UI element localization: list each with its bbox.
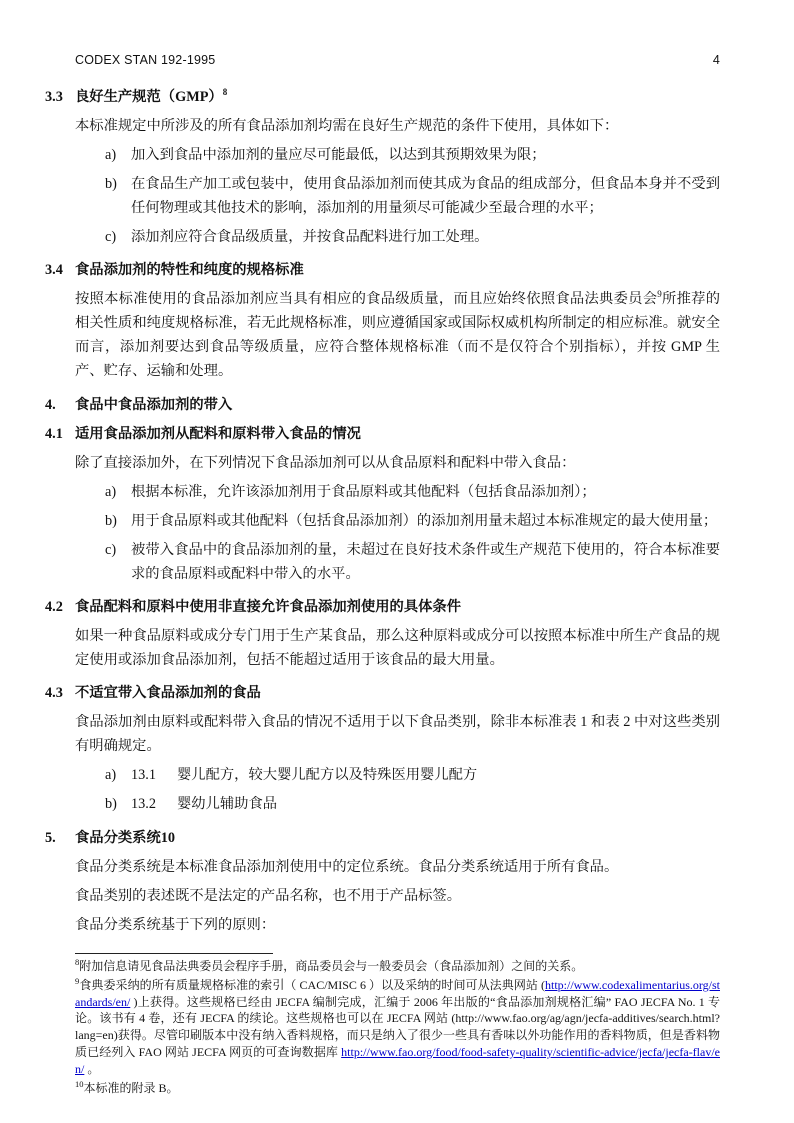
list-marker: b): [105, 172, 131, 220]
footnote-10: 10本标准的附录 B。: [75, 1080, 720, 1097]
section-title: 食品分类系统10: [75, 826, 720, 850]
list-marker: a): [105, 143, 131, 167]
section-4-2-heading: 4.2 食品配料和原料中使用非直接允许食品添加剂使用的具体条件: [45, 595, 720, 619]
list-item: c) 添加剂应符合食品级质量，并按食品配料进行加工处理。: [105, 225, 720, 249]
list-item-text: 用于食品原料或其他配料（包括食品添加剂）的添加剂用量未超过本标准规定的最大使用量…: [131, 509, 720, 533]
section-title: 良好生产规范（GMP）8: [75, 85, 720, 109]
footnote-text: 附加信息请见食品法典委员会程序手册，商品委员会与一般委员会（食品添加剂）之间的关…: [79, 959, 583, 973]
paragraph: 除了直接添加外，在下列情况下食品添加剂可以从食品原料和配料中带入食品：: [75, 451, 720, 475]
list-item: a) 加入到食品中添加剂的量应尽可能最低，以达到其预期效果为限；: [105, 143, 720, 167]
section-title: 不适宜带入食品添加剂的食品: [75, 681, 720, 705]
list-item: a) 13.1 婴儿配方，较大婴儿配方以及特殊医用婴儿配方: [105, 763, 720, 787]
section-number: 4.: [45, 393, 75, 417]
list-item-text: 在食品生产加工或包装中，使用食品添加剂而使其成为食品的组成部分，但食品本身并不受…: [131, 172, 720, 220]
footnote-text: 本标准的附录 B。: [84, 1081, 179, 1095]
paragraph: 本标准规定中所涉及的所有食品添加剂均需在良好生产规范的条件下使用，具体如下：: [75, 114, 720, 138]
footnote-ref-10: 10: [161, 830, 175, 846]
footnote-9: 9食典委采纳的所有质量规格标准的索引（ CAC/MISC 6 ）以及采纳的时间可…: [75, 977, 720, 1078]
list-item-text: 婴幼儿辅助食品: [177, 792, 720, 816]
section-number: 4.3: [45, 681, 75, 705]
section-title: 食品添加剂的特性和纯度的规格标准: [75, 258, 720, 282]
section-3-3-heading: 3.3 良好生产规范（GMP）8: [45, 85, 720, 109]
list-item-text: 根据本标准，允许该添加剂用于食品原料或其他配料（包括食品添加剂）；: [131, 480, 720, 504]
list-item: b) 13.2 婴幼儿辅助食品: [105, 792, 720, 816]
section-5-heading: 5. 食品分类系统10: [45, 826, 720, 850]
section-4-heading: 4. 食品中食品添加剂的带入: [45, 393, 720, 417]
list-marker: c): [105, 225, 131, 249]
document-page: CODEX STAN 192-1995 4 3.3 良好生产规范（GMP）8 本…: [0, 0, 794, 1123]
paragraph: 食品添加剂由原料或配料带入食品的情况不适用于以下食品类别，除非本标准表 1 和表…: [75, 710, 720, 758]
list-marker: a): [105, 763, 131, 787]
section-4-1-heading: 4.1 适用食品添加剂从配料和原料带入食品的情况: [45, 422, 720, 446]
list-item-text: 添加剂应符合食品级质量，并按食品配料进行加工处理。: [131, 225, 720, 249]
page-number: 4: [713, 52, 720, 68]
section-number: 5.: [45, 826, 75, 850]
paragraph: 食品分类系统是本标准食品添加剂使用中的定位系统。食品分类系统适用于所有食品。: [75, 855, 720, 879]
section-title: 食品配料和原料中使用非直接允许食品添加剂使用的具体条件: [75, 595, 720, 619]
footnote-ref-8: 8: [223, 87, 228, 97]
footnote-8: 8附加信息请见食品法典委员会程序手册，商品委员会与一般委员会（食品添加剂）之间的…: [75, 958, 720, 975]
section-4-3-heading: 4.3 不适宜带入食品添加剂的食品: [45, 681, 720, 705]
section-number: 3.3: [45, 85, 75, 109]
footnote-text: 。: [84, 1062, 99, 1076]
section-3-4-heading: 3.4 食品添加剂的特性和纯度的规格标准: [45, 258, 720, 282]
paragraph: 食品分类系统基于下列的原则：: [75, 913, 720, 937]
list-marker: c): [105, 538, 131, 586]
section-number: 4.1: [45, 422, 75, 446]
list-item: b) 在食品生产加工或包装中，使用食品添加剂而使其成为食品的组成部分，但食品本身…: [105, 172, 720, 220]
section-title-text: 食品分类系统: [75, 830, 161, 846]
category-code: 13.1: [131, 763, 177, 787]
paragraph: 如果一种食品原料或成分专门用于生产某食品，那么这种原料或成分可以按照本标准中所生…: [75, 624, 720, 672]
list-item-text: 被带入食品中的食品添加剂的量，未超过在良好技术条件或生产规范下使用的，符合本标准…: [131, 538, 720, 586]
list-item: b) 用于食品原料或其他配料（包括食品添加剂）的添加剂用量未超过本标准规定的最大…: [105, 509, 720, 533]
list-item-text: 加入到食品中添加剂的量应尽可能最低，以达到其预期效果为限；: [131, 143, 720, 167]
list-item: a) 根据本标准，允许该添加剂用于食品原料或其他配料（包括食品添加剂）；: [105, 480, 720, 504]
footnote-separator: [75, 953, 273, 954]
footnote-text: 食典委采纳的所有质量规格标准的索引（ CAC/MISC 6 ）以及采纳的时间可从…: [79, 978, 545, 992]
doc-code: CODEX STAN 192-1995: [75, 52, 215, 68]
paragraph-text: 按照本标准使用的食品添加剂应当具有相应的食品级质量，而且应始终依照食品法典委员会: [75, 291, 657, 307]
list-item: c) 被带入食品中的食品添加剂的量，未超过在良好技术条件或生产规范下使用的，符合…: [105, 538, 720, 586]
section-title-text: 良好生产规范（GMP）: [75, 89, 223, 105]
category-code: 13.2: [131, 792, 177, 816]
list-marker: b): [105, 509, 131, 533]
page-header: CODEX STAN 192-1995 4: [75, 52, 720, 68]
section-number: 4.2: [45, 595, 75, 619]
list-marker: a): [105, 480, 131, 504]
paragraph: 按照本标准使用的食品添加剂应当具有相应的食品级质量，而且应始终依照食品法典委员会…: [75, 287, 720, 383]
section-number: 3.4: [45, 258, 75, 282]
paragraph: 食品类别的表述既不是法定的产品名称，也不用于产品标签。: [75, 884, 720, 908]
list-item-text: 婴儿配方，较大婴儿配方以及特殊医用婴儿配方: [177, 763, 720, 787]
footnote-marker: 10: [75, 1079, 84, 1089]
section-title: 食品中食品添加剂的带入: [75, 393, 720, 417]
list-marker: b): [105, 792, 131, 816]
section-title: 适用食品添加剂从配料和原料带入食品的情况: [75, 422, 720, 446]
